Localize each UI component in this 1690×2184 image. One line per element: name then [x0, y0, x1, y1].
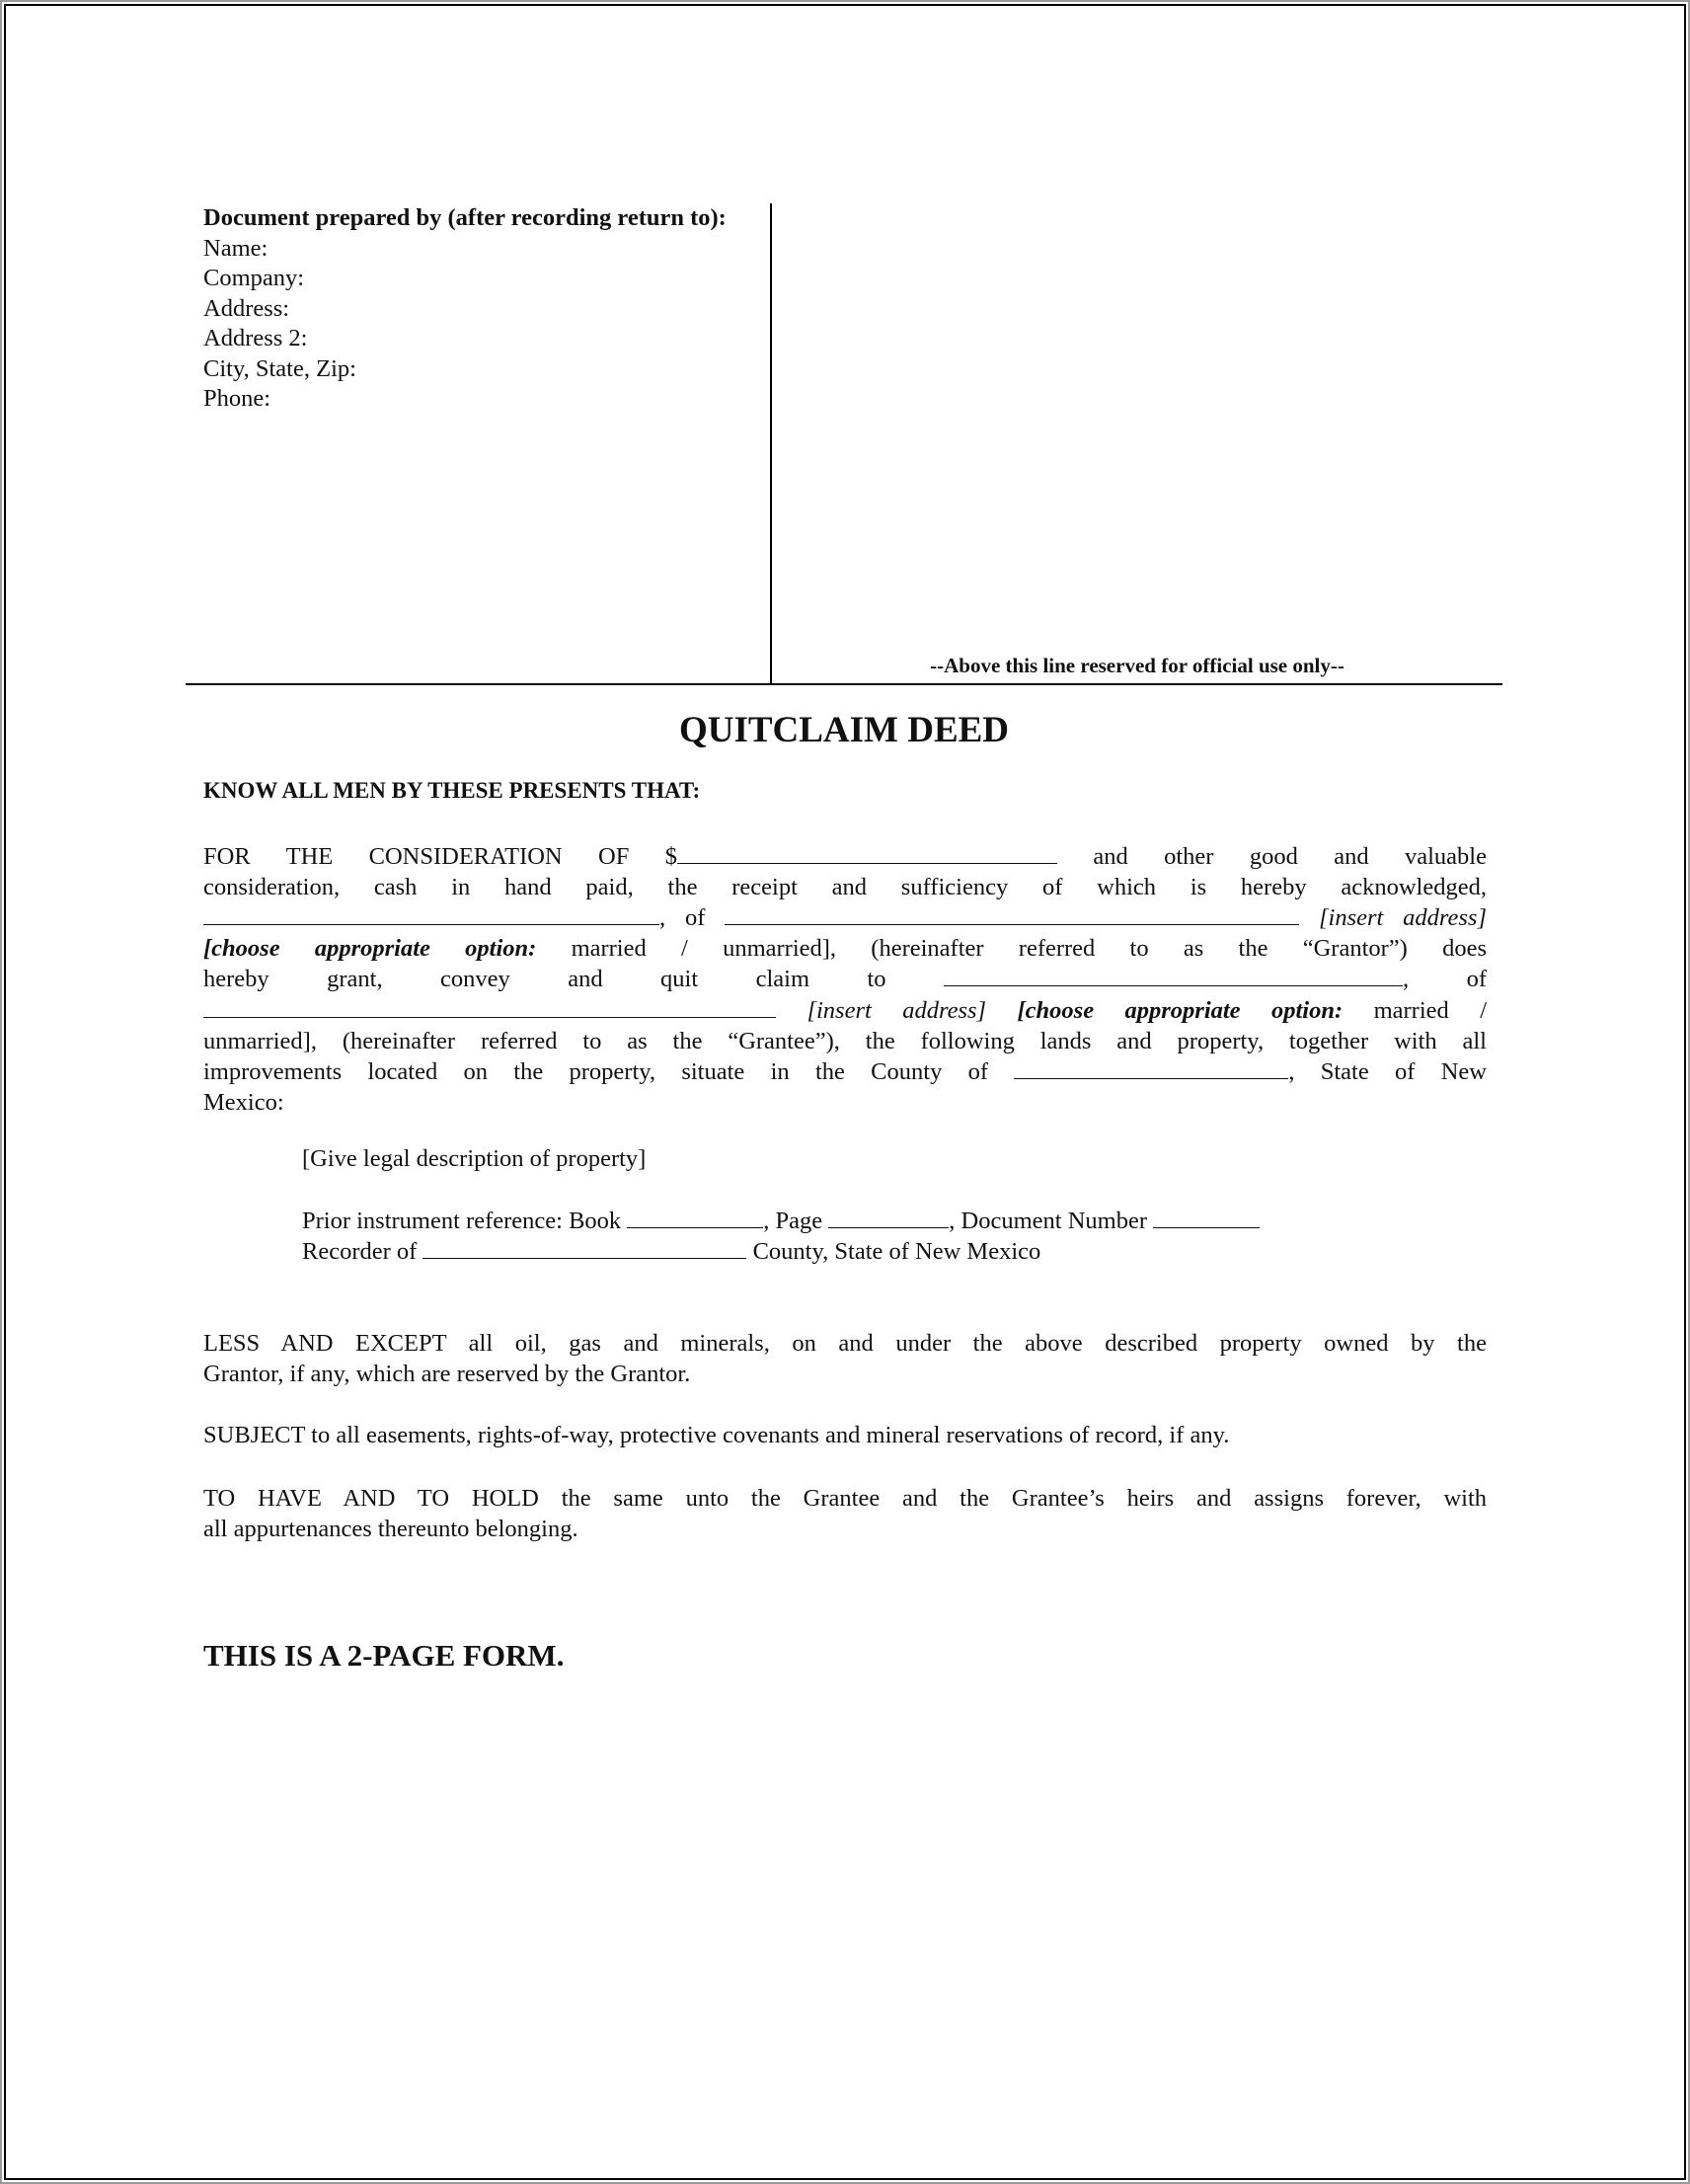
field-address: Address:	[203, 294, 756, 325]
text-line: Mexico:	[203, 1088, 1487, 1119]
recording-divider-vertical	[770, 203, 772, 685]
text-fragment: to all easements, rights-of-way, protect…	[311, 1422, 1229, 1448]
choose-option-hint: [choose appropriate option:	[1018, 997, 1344, 1024]
text-fragment: and other good and valuable	[1093, 843, 1487, 870]
two-page-form-note: THIS IS A 2-PAGE FORM.	[203, 1638, 564, 1674]
recorder-county-blank[interactable]	[422, 1236, 746, 1259]
consideration-paragraph: FOR THE CONSIDERATION OF $ and other goo…	[203, 841, 1487, 1118]
preparer-block: Document prepared by (after recording re…	[203, 203, 756, 415]
text-fragment: , of	[659, 904, 705, 931]
county-blank[interactable]	[1014, 1056, 1288, 1079]
consideration-label: FOR THE CONSIDERATION OF $	[203, 843, 677, 870]
less-and-except-paragraph: LESS AND EXCEPT all oil, gas and mineral…	[203, 1329, 1487, 1389]
recording-divider-horizontal	[186, 683, 1502, 685]
text-fragment: improvements located on the property, si…	[203, 1058, 988, 1085]
document-number-label: , Document Number	[949, 1208, 1147, 1234]
text-line: all appurtenances thereunto belonging.	[203, 1515, 1487, 1545]
text-line: consideration, cash in hand paid, the re…	[203, 873, 1487, 903]
intro-heading: KNOW ALL MEN BY THESE PRESENTS THAT:	[203, 778, 700, 804]
preparer-heading: Document prepared by (after recording re…	[203, 203, 756, 234]
legal-description-placeholder: [Give legal description of property]	[302, 1144, 646, 1175]
recorder-line: Recorder of County, State of New Mexico	[302, 1236, 1040, 1268]
book-blank[interactable]	[627, 1206, 763, 1228]
official-use-note: --Above this line reserved for official …	[772, 654, 1502, 678]
field-phone: Phone:	[203, 384, 756, 415]
recorder-suffix: County, State of New Mexico	[753, 1238, 1041, 1265]
field-name: Name:	[203, 234, 756, 265]
grantor-name-blank[interactable]	[203, 902, 659, 925]
grantee-address-blank[interactable]	[203, 995, 776, 1018]
prior-instrument-reference: Prior instrument reference: Book , Page …	[302, 1206, 1260, 1237]
choose-option-hint: [choose appropriate option:	[203, 935, 536, 962]
field-city-state-zip: City, State, Zip:	[203, 354, 756, 385]
document-title: QUITCLAIM DEED	[186, 709, 1502, 751]
insert-address-hint: [insert address]	[1319, 904, 1487, 931]
grantee-name-blank[interactable]	[944, 964, 1403, 986]
text-fragment: married /	[1374, 997, 1487, 1024]
text-fragment: the same unto the Grantee and the Grante…	[562, 1485, 1487, 1512]
text-fragment: hereby grant, convey and quit claim to	[203, 966, 886, 992]
document-number-blank[interactable]	[1153, 1206, 1260, 1228]
recorder-label: Recorder of	[302, 1238, 417, 1265]
text-line: unmarried], (hereinafter referred to as …	[203, 1027, 1487, 1057]
habendum-lead: TO HAVE AND TO HOLD	[203, 1485, 539, 1512]
insert-address-hint: [insert address]	[807, 997, 986, 1024]
text-fragment: , of	[1403, 966, 1487, 992]
page-blank[interactable]	[828, 1206, 949, 1228]
text-line: Grantor, if any, which are reserved by t…	[203, 1360, 1487, 1390]
field-company: Company:	[203, 264, 756, 294]
habendum-paragraph: TO HAVE AND TO HOLD the same unto the Gr…	[203, 1484, 1487, 1544]
subject-to-paragraph: SUBJECT to all easements, rights-of-way,…	[203, 1421, 1487, 1451]
subject-lead: SUBJECT	[203, 1422, 305, 1448]
text-fragment: , State of New	[1288, 1058, 1487, 1085]
document-page: Document prepared by (after recording re…	[0, 0, 1690, 2184]
consideration-amount-blank[interactable]	[677, 841, 1057, 864]
field-address-2: Address 2:	[203, 324, 756, 354]
book-label: Prior instrument reference: Book	[302, 1208, 621, 1234]
text-fragment: all oil, gas and minerals, on and under …	[469, 1330, 1487, 1357]
text-fragment: married / unmarried], (hereinafter refer…	[572, 935, 1487, 962]
page-label: , Page	[763, 1208, 822, 1234]
less-and-except-lead: LESS AND EXCEPT	[203, 1330, 446, 1357]
grantor-address-blank[interactable]	[725, 902, 1299, 925]
